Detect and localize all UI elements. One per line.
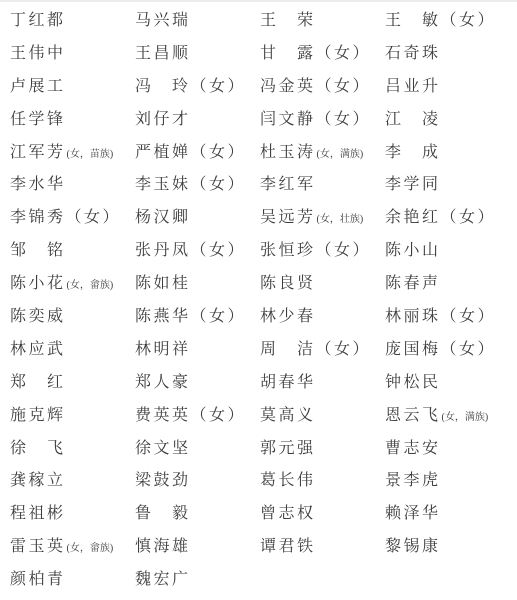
- delegate-name: 谭君铁: [260, 538, 316, 555]
- delegate-name: 曾志权: [260, 505, 316, 522]
- delegate-name-cell: 江军芳(女，苗族): [10, 137, 135, 170]
- delegate-name-cell: 陈燕华（女）: [135, 301, 260, 334]
- delegate-name: 陈良贤: [260, 275, 316, 292]
- ethnic-annotation: (女，满族): [317, 149, 364, 160]
- delegate-name-cell: 任学锋: [10, 104, 135, 137]
- delegate-name-cell: 李水华: [10, 169, 135, 202]
- delegate-name: 吕业升: [385, 78, 441, 95]
- delegate-name: 徐文坚: [135, 440, 191, 457]
- gender-annotation: （女）: [441, 209, 497, 226]
- delegate-name: 杜玉涛: [260, 144, 316, 161]
- empty-cell: [260, 564, 385, 597]
- delegate-name-cell: 颜柏青: [10, 564, 135, 597]
- delegate-name: 周 洁: [260, 341, 316, 358]
- delegate-name-cell: 张丹凤（女）: [135, 235, 260, 268]
- delegate-name-cell: 李锦秀（女）: [10, 202, 135, 235]
- ethnic-annotation: (女，满族): [442, 412, 489, 423]
- delegate-name-cell: 林明祥: [135, 334, 260, 367]
- ethnic-annotation: (女，畲族): [67, 543, 114, 554]
- delegate-name: 李红军: [260, 176, 316, 193]
- delegate-name: 刘仔才: [135, 111, 191, 128]
- gender-annotation: （女）: [191, 407, 247, 424]
- delegate-name-cell: 葛长伟: [260, 465, 385, 498]
- delegate-name: 莫高义: [260, 407, 316, 424]
- delegate-name-cell: 刘仔才: [135, 104, 260, 137]
- delegate-name: 陈燕华: [135, 308, 191, 325]
- delegate-name: 李 成: [385, 144, 441, 161]
- delegate-name: 冯金英: [260, 78, 316, 95]
- delegate-name: 林少春: [260, 308, 316, 325]
- delegate-name-cell: 石奇珠: [385, 38, 517, 71]
- delegate-name: 李锦秀: [10, 209, 66, 226]
- delegate-name-cell: 曹志安: [385, 433, 517, 466]
- delegate-name-cell: 庞国梅（女）: [385, 334, 517, 367]
- delegate-name: 张丹凤: [135, 242, 191, 259]
- delegate-name: 江军芳: [10, 144, 66, 161]
- delegate-name-cell: 陈奕威: [10, 301, 135, 334]
- delegate-name: 陈如桂: [135, 275, 191, 292]
- delegate-name-cell: 鲁 毅: [135, 498, 260, 531]
- ethnic-annotation: (女，畲族): [67, 280, 114, 291]
- delegate-name-cell: 冯金英（女）: [260, 71, 385, 104]
- delegate-name: 林明祥: [135, 341, 191, 358]
- delegate-name-cell: 陈良贤: [260, 268, 385, 301]
- gender-annotation: （女）: [66, 209, 122, 226]
- delegate-name-cell: 郑 红: [10, 367, 135, 400]
- delegate-name: 雷玉英: [10, 538, 66, 555]
- delegate-name-cell: 雷玉英(女，畲族): [10, 531, 135, 564]
- delegate-name-cell: 慎海雄: [135, 531, 260, 564]
- delegate-name: 邹 铭: [10, 242, 66, 259]
- delegate-name: 张恒珍: [260, 242, 316, 259]
- delegate-name: 慎海雄: [135, 538, 191, 555]
- delegate-name: 吴远芳: [260, 209, 316, 226]
- delegate-name-cell: 李学同: [385, 169, 517, 202]
- delegate-name-cell: 施克辉: [10, 400, 135, 433]
- delegate-name-cell: 胡春华: [260, 367, 385, 400]
- delegate-name-cell: 郭元强: [260, 433, 385, 466]
- delegate-name-cell: 徐文坚: [135, 433, 260, 466]
- delegate-name: 林丽珠: [385, 308, 441, 325]
- delegate-name-cell: 王昌顺: [135, 38, 260, 71]
- delegate-name: 卢展工: [10, 78, 66, 95]
- delegate-name-cell: 甘 露（女）: [260, 38, 385, 71]
- delegate-name: 庞国梅: [385, 341, 441, 358]
- delegate-name-cell: 恩云飞(女，满族): [385, 400, 517, 433]
- delegate-name-cell: 王伟中: [10, 38, 135, 71]
- delegate-name: 曹志安: [385, 440, 441, 457]
- delegate-name: 郭元强: [260, 440, 316, 457]
- delegate-name-cell: 陈如桂: [135, 268, 260, 301]
- delegate-name: 马兴瑞: [135, 12, 191, 29]
- delegate-name: 施克辉: [10, 407, 66, 424]
- gender-annotation: （女）: [316, 341, 372, 358]
- gender-annotation: （女）: [441, 12, 497, 29]
- delegate-name-cell: 马兴瑞: [135, 5, 260, 38]
- delegate-name: 郑人豪: [135, 374, 191, 391]
- delegate-name: 陈小山: [385, 242, 441, 259]
- delegate-name-cell: 黎锡康: [385, 531, 517, 564]
- delegate-name: 余艳红: [385, 209, 441, 226]
- delegate-name-cell: 冯 玲（女）: [135, 71, 260, 104]
- gender-annotation: （女）: [191, 144, 247, 161]
- delegate-name-cell: 邹 铭: [10, 235, 135, 268]
- delegate-name-cell: 闫文静（女）: [260, 104, 385, 137]
- delegate-name: 丁红都: [10, 12, 66, 29]
- gender-annotation: （女）: [191, 176, 247, 193]
- delegate-name-cell: 费英英（女）: [135, 400, 260, 433]
- delegate-name: 王 荣: [260, 12, 316, 29]
- delegate-name: 王伟中: [10, 45, 66, 62]
- gender-annotation: （女）: [191, 308, 247, 325]
- ethnic-annotation: (女，壮族): [317, 214, 364, 225]
- delegate-name-cell: 周 洁（女）: [260, 334, 385, 367]
- delegate-name: 郑 红: [10, 374, 66, 391]
- delegate-name-cell: 江 凌: [385, 104, 517, 137]
- delegate-name: 江 凌: [385, 111, 441, 128]
- delegate-name-cell: 陈小花(女，畲族): [10, 268, 135, 301]
- delegate-name: 甘 露: [260, 45, 316, 62]
- delegate-name-cell: 卢展工: [10, 71, 135, 104]
- gender-annotation: （女）: [191, 242, 247, 259]
- delegate-name: 胡春华: [260, 374, 316, 391]
- gender-annotation: （女）: [316, 111, 372, 128]
- delegate-name: 林应武: [10, 341, 66, 358]
- delegate-name-cell: 余艳红（女）: [385, 202, 517, 235]
- delegate-name: 恩云飞: [385, 407, 441, 424]
- name-grid: 丁红都马兴瑞王 荣王 敏（女）王伟中王昌顺甘 露（女）石奇珠卢展工冯 玲（女）冯…: [0, 2, 517, 597]
- delegate-name-cell: 丁红都: [10, 5, 135, 38]
- delegate-name-cell: 李红军: [260, 169, 385, 202]
- delegate-name: 葛长伟: [260, 472, 316, 489]
- delegate-name: 钟松民: [385, 374, 441, 391]
- delegate-name-cell: 梁鼓劲: [135, 465, 260, 498]
- delegate-name: 梁鼓劲: [135, 472, 191, 489]
- delegate-name: 费英英: [135, 407, 191, 424]
- delegate-name-cell: 严植婵（女）: [135, 137, 260, 170]
- delegate-name-cell: 景李虎: [385, 465, 517, 498]
- delegate-name: 景李虎: [385, 472, 441, 489]
- delegate-name-cell: 王 敏（女）: [385, 5, 517, 38]
- gender-annotation: （女）: [191, 78, 247, 95]
- delegate-name: 徐 飞: [10, 440, 66, 457]
- delegate-name-cell: 陈小山: [385, 235, 517, 268]
- delegate-name-cell: 莫高义: [260, 400, 385, 433]
- delegate-name: 龚稼立: [10, 472, 66, 489]
- delegate-name-cell: 林应武: [10, 334, 135, 367]
- delegate-name-cell: 李玉妹（女）: [135, 169, 260, 202]
- gender-annotation: （女）: [316, 45, 372, 62]
- delegate-name-cell: 钟松民: [385, 367, 517, 400]
- gender-annotation: （女）: [316, 242, 372, 259]
- delegate-name-cell: 吕业升: [385, 71, 517, 104]
- delegate-name-cell: 赖泽华: [385, 498, 517, 531]
- delegate-name-cell: 王 荣: [260, 5, 385, 38]
- delegate-name: 魏宏广: [135, 571, 191, 588]
- delegate-name-cell: 曾志权: [260, 498, 385, 531]
- delegate-name: 李玉妹: [135, 176, 191, 193]
- delegate-name: 任学锋: [10, 111, 66, 128]
- delegate-name-cell: 杜玉涛(女，满族): [260, 137, 385, 170]
- delegate-name: 杨汉卿: [135, 209, 191, 226]
- delegate-name-cell: 程祖彬: [10, 498, 135, 531]
- delegate-name: 石奇珠: [385, 45, 441, 62]
- delegate-name-cell: 吴远芳(女，壮族): [260, 202, 385, 235]
- empty-cell: [385, 564, 517, 597]
- delegate-name: 李水华: [10, 176, 66, 193]
- delegate-name: 严植婵: [135, 144, 191, 161]
- delegate-name-cell: 张恒珍（女）: [260, 235, 385, 268]
- delegate-name: 赖泽华: [385, 505, 441, 522]
- delegate-name-cell: 林少春: [260, 301, 385, 334]
- delegate-name: 黎锡康: [385, 538, 441, 555]
- ethnic-annotation: (女，苗族): [67, 149, 114, 160]
- delegate-name: 冯 玲: [135, 78, 191, 95]
- delegate-name-cell: 魏宏广: [135, 564, 260, 597]
- delegate-name-cell: 陈春声: [385, 268, 517, 301]
- delegate-name-cell: 龚稼立: [10, 465, 135, 498]
- gender-annotation: （女）: [316, 78, 372, 95]
- delegate-name: 程祖彬: [10, 505, 66, 522]
- delegate-name: 陈奕威: [10, 308, 66, 325]
- delegate-name: 王 敏: [385, 12, 441, 29]
- delegate-name-cell: 谭君铁: [260, 531, 385, 564]
- delegate-name: 陈小花: [10, 275, 66, 292]
- delegate-name-cell: 杨汉卿: [135, 202, 260, 235]
- delegate-name: 陈春声: [385, 275, 441, 292]
- delegate-name-cell: 李 成: [385, 137, 517, 170]
- delegate-name: 王昌顺: [135, 45, 191, 62]
- gender-annotation: （女）: [441, 308, 497, 325]
- delegate-name: 李学同: [385, 176, 441, 193]
- delegate-name-cell: 徐 飞: [10, 433, 135, 466]
- delegate-name: 颜柏青: [10, 571, 66, 588]
- gender-annotation: （女）: [441, 341, 497, 358]
- delegate-name-cell: 林丽珠（女）: [385, 301, 517, 334]
- delegate-name: 鲁 毅: [135, 505, 191, 522]
- delegate-name-cell: 郑人豪: [135, 367, 260, 400]
- delegate-name: 闫文静: [260, 111, 316, 128]
